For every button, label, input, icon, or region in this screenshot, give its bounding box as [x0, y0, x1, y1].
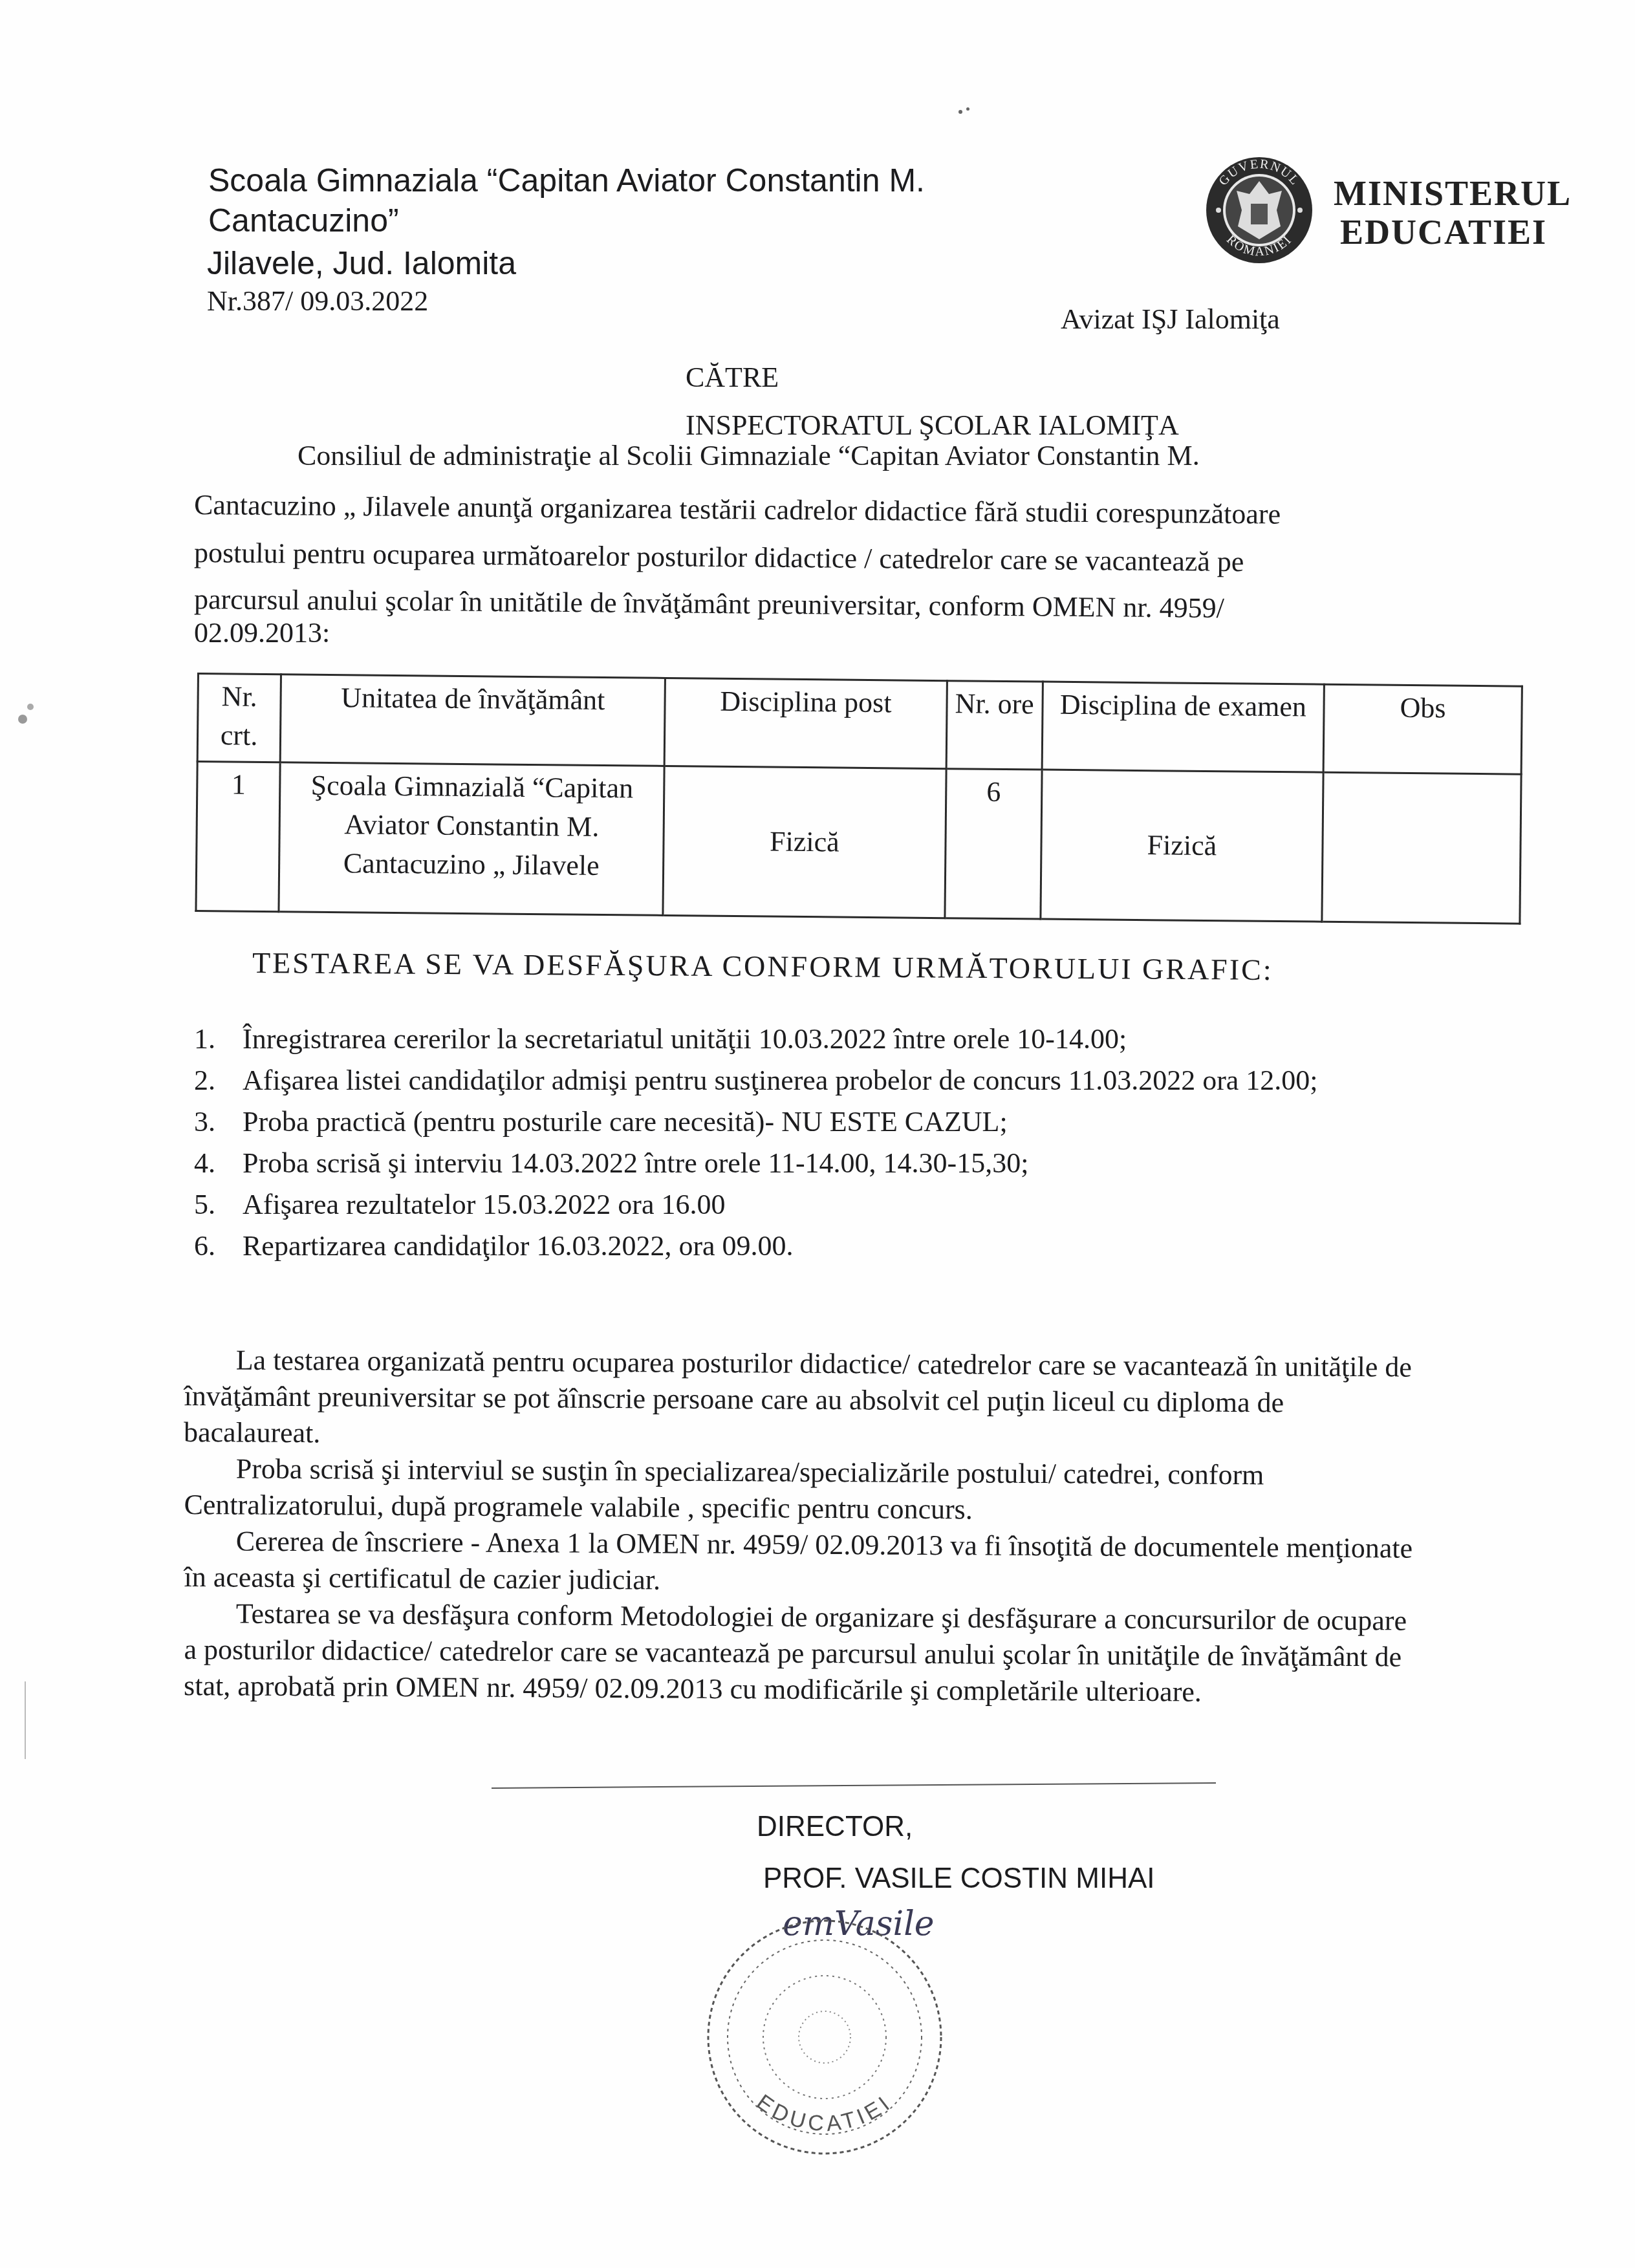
schedule-item-text: Proba scrisă şi interviu 14.03.2022 într…: [243, 1147, 1029, 1179]
scanned-document-page: Scoala Gimnaziala “Capitan Aviator Const…: [0, 0, 1635, 2268]
header-exam-discipline: Disciplina de examen: [1042, 682, 1325, 772]
schedule-item-text: Afişarea listei candidaţilor admişi pent…: [243, 1064, 1318, 1096]
schedule-item: 5.Afişarea rezultatelor 15.03.2022 ora 1…: [223, 1184, 1452, 1226]
recipient-to: CĂTRE: [686, 361, 779, 394]
school-name-line-2: Cantacuzino”: [208, 200, 399, 241]
scan-speck: [27, 704, 34, 710]
closing-paragraph-4: Testarea se va desfăşura conform Metodol…: [184, 1595, 1413, 1712]
schedule-item: 4.Proba scrisă şi interviu 14.03.2022 în…: [223, 1143, 1452, 1184]
schedule-item-number: 1.: [194, 1019, 215, 1060]
schedule-item: 2.Afişarea listei candidaţilor admişi pe…: [223, 1060, 1452, 1101]
table-row: 1 Şcoala Gimnazială “Capitan Aviator Con…: [196, 762, 1521, 924]
schedule-list: 1.Înregistrarea cererilor la secretariat…: [194, 1019, 1452, 1267]
schedule-item-number: 5.: [194, 1184, 215, 1226]
cell-discipline-post: Fizică: [663, 766, 946, 918]
separator-line: [492, 1782, 1216, 1789]
closing-paragraph-1: La testarea organizată pentru ocuparea p…: [184, 1342, 1413, 1458]
scan-edge-mark: [25, 1681, 26, 1759]
unit-line-3: Cantacuzino „ Jilavele: [285, 843, 657, 886]
header-unit: Unitatea de învăţământ: [280, 675, 665, 766]
unit-line-1: Şcoala Gimnazială “Capitan: [286, 766, 658, 808]
closing-paragraph-2: Proba scrisă şi interviul se susţin în s…: [184, 1451, 1413, 1531]
schedule-item-number: 3.: [194, 1101, 215, 1143]
schedule-title: TESTAREA SE VA DESFĂŞURA CONFORM URMĂTOR…: [252, 945, 1273, 987]
intro-line-1: Consiliul de administraţie al Scolii Gim…: [298, 437, 1200, 475]
header-hours: Nr. ore: [946, 681, 1043, 770]
cell-obs: [1322, 772, 1521, 923]
table-header-row: Nr. crt. Unitatea de învăţământ Discipli…: [197, 674, 1522, 775]
guvernul-romaniei-seal-icon: GUVERNUL ROMÂNIEI: [1204, 155, 1314, 265]
schedule-item-text: Repartizarea candidaţilor 16.03.2022, or…: [243, 1230, 794, 1262]
closing-text: La testarea organizată pentru ocuparea p…: [184, 1342, 1413, 1704]
school-name-line-1: Scoala Gimnaziala “Capitan Aviator Const…: [208, 160, 925, 200]
schedule-item-number: 6.: [194, 1226, 215, 1267]
registration-number: Nr.387/ 09.03.2022: [207, 285, 428, 318]
schedule-item-text: Înregistrarea cererilor la secretariatul…: [243, 1023, 1127, 1055]
intro-line-5: 02.09.2013:: [194, 614, 330, 652]
signatory-name: PROF. VASILE COSTIN MIHAI: [763, 1863, 1155, 1895]
svg-text:EDUCATIEI: EDUCATIEI: [752, 2090, 897, 2136]
schedule-item-number: 4.: [194, 1143, 215, 1184]
vacant-posts-table: Nr. crt. Unitatea de învăţământ Discipli…: [195, 673, 1522, 925]
schedule-item: 1.Înregistrarea cererilor la secretariat…: [223, 1019, 1452, 1060]
intro-line-3: postului pentru ocuparea următoarelor po…: [194, 534, 1244, 581]
schedule-item-number: 2.: [194, 1060, 215, 1101]
cell-unit: Şcoala Gimnazială “Capitan Aviator Const…: [279, 762, 664, 916]
scan-speck: [966, 107, 969, 111]
cell-exam-discipline: Fizică: [1040, 770, 1323, 922]
cell-nr-crt: 1: [196, 762, 280, 912]
schedule-item: 3.Proba practică (pentru posturile care …: [223, 1101, 1452, 1143]
unit-line-2: Aviator Constantin M.: [286, 805, 658, 847]
header-discipline-post: Disciplina post: [664, 678, 947, 768]
intro-line-4: parcursul anului şcolar în unitătile de …: [194, 581, 1224, 627]
schedule-item: 6.Repartizarea candidaţilor 16.03.2022, …: [223, 1226, 1452, 1267]
schedule-item-text: Afişarea rezultatelor 15.03.2022 ora 16.…: [243, 1189, 726, 1220]
cell-hours: 6: [945, 769, 1042, 919]
scan-speck: [18, 715, 27, 724]
signature-title: DIRECTOR,: [757, 1811, 913, 1843]
intro-line-2: Cantacuzino „ Jilavele anunţă organizare…: [194, 486, 1281, 534]
header-obs: Obs: [1323, 684, 1522, 774]
school-location: Jilavele, Jud. Ialomita: [207, 243, 516, 283]
closing-paragraph-3: Cererea de înscriere - Anexa 1 la OMEN n…: [184, 1523, 1413, 1603]
schedule-item-text: Proba practică (pentru posturile care ne…: [243, 1106, 1008, 1138]
header-nr-crt: Nr. crt.: [197, 674, 281, 762]
ministry-name-line-1: MINISTERUL: [1334, 175, 1572, 212]
approval-note: Avizat IŞJ Ialomiţa: [1061, 303, 1280, 336]
round-school-stamp-icon: EDUCATIEI: [695, 1901, 954, 2160]
ministry-name-line-2: EDUCATIEI: [1340, 213, 1547, 251]
scan-speck: [958, 110, 962, 114]
